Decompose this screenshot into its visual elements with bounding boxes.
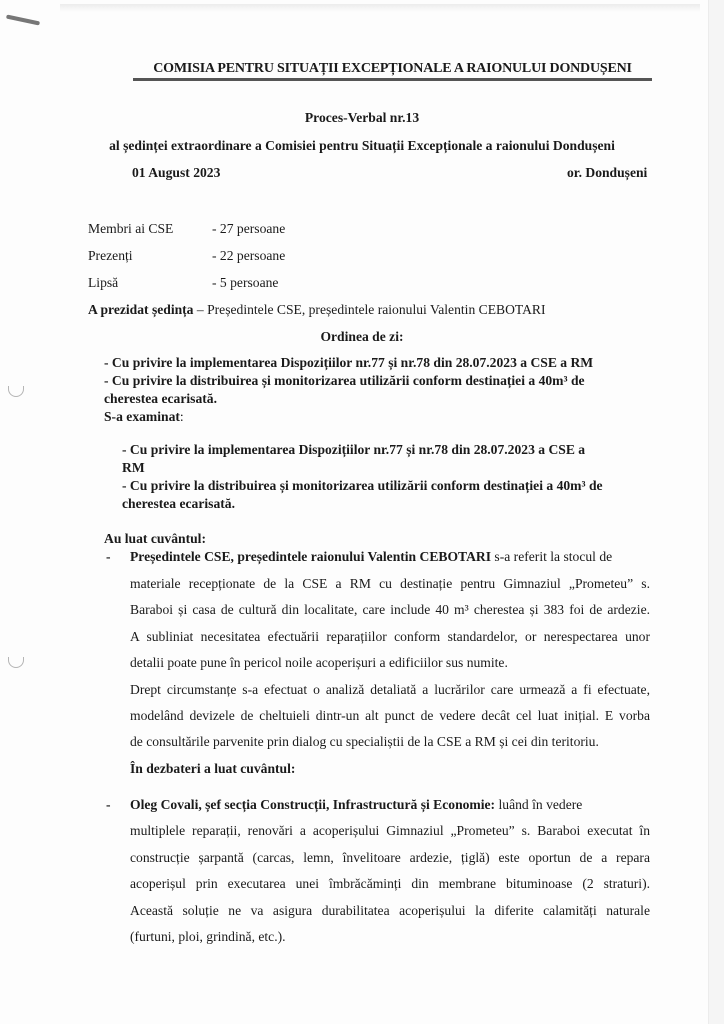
scan-page-edge-top <box>60 4 700 12</box>
list-dash: - <box>106 549 111 565</box>
speaker-text-line: materiale recepționate de la CSE a RM cu… <box>130 576 650 592</box>
speakers-heading: Au luat cuvântul: <box>104 531 206 547</box>
speaker-name: Oleg Covali, șef secția Construcții, Inf… <box>130 797 495 812</box>
document-subtitle: al ședinței extraordinare a Comisiei pen… <box>0 138 724 154</box>
speaker-entry-first: Președintele CSE, președintele raionului… <box>130 549 612 565</box>
attendance-value-members: - 27 persoane <box>212 221 285 237</box>
speaker-text-line: multiplele reparații, renovări a acoperi… <box>130 823 650 839</box>
examined-item: - Cu privire la distribuirea și monitori… <box>122 478 603 494</box>
presided-text: – Președintele CSE, președintele raionul… <box>193 302 545 317</box>
attendance-label-members: Membri ai CSE <box>88 221 173 237</box>
examined-heading: S-a examinat: <box>104 409 184 425</box>
meeting-date: 01 August 2023 <box>132 165 220 181</box>
speaker-text-line: detalii poate pune în pericol noile acop… <box>130 655 650 671</box>
agenda-title: Ordinea de zi: <box>0 329 724 345</box>
speaker-text-line: Baraboi și casa de cultură din localitat… <box>130 602 650 618</box>
speaker-text: s-a referit la stocul de <box>491 549 612 564</box>
agenda-item-continued: cherestea ecarisată. <box>104 391 217 407</box>
agenda-item: - Cu privire la implementarea Dispoziții… <box>104 355 593 371</box>
attendance-label-absent: Lipsă <box>88 275 118 291</box>
document-title: Proces-Verbal nr.13 <box>0 110 724 126</box>
speaker-name: Președintele CSE, președintele raionului… <box>130 549 491 564</box>
examined-colon: : <box>180 409 184 424</box>
meeting-place: or. Dondușeni <box>567 165 647 181</box>
examined-label: S-a examinat <box>104 409 180 424</box>
debate-heading: În dezbateri a luat cuvântul: <box>130 761 295 777</box>
examined-item-continued: cherestea ecarisată. <box>122 496 235 512</box>
speaker-text-line: acoperișul prin executarea unei îmbrăcăm… <box>130 876 650 892</box>
list-dash: - <box>106 797 111 813</box>
attendance-value-present: - 22 persoane <box>212 248 285 264</box>
examined-item: - Cu privire la implementarea Dispoziții… <box>122 442 585 458</box>
speaker-text-line: Această soluție ne va asigura durabilita… <box>130 903 650 919</box>
attendance-value-absent: - 5 persoane <box>212 275 278 291</box>
presided-label: A prezidat ședința <box>88 302 193 317</box>
speaker-text-line: Drept circumstanțe s-a efectuat o analiz… <box>130 682 650 698</box>
punch-hole-icon <box>8 386 24 397</box>
speaker-text-line: construcție șarpantă (carcas, lemn, înve… <box>130 850 650 866</box>
agenda-item: - Cu privire la distribuirea și monitori… <box>104 373 585 389</box>
staple-mark <box>6 15 40 26</box>
punch-hole-icon <box>8 657 24 668</box>
presided-by: A prezidat ședința – Președintele CSE, p… <box>88 302 546 318</box>
speaker-text-line: modelând devizele de cheltuieli dintr-un… <box>130 708 650 724</box>
heading-underline <box>133 78 652 81</box>
speaker-text-line: de consultările parvenite prin dialog cu… <box>130 734 650 750</box>
speaker-text-line: A subliniat necesitatea efectuării repar… <box>130 629 650 645</box>
attendance-label-present: Prezenți <box>88 248 133 264</box>
examined-item-continued: RM <box>122 460 145 476</box>
speaker-text-line: (furtuni, ploi, grindină, etc.). <box>130 929 650 945</box>
speaker-text: luând în vedere <box>495 797 582 812</box>
organization-heading: COMISIA PENTRU SITUAȚII EXCEPȚIONALE A R… <box>133 61 652 77</box>
speaker-entry-second: Oleg Covali, șef secția Construcții, Inf… <box>130 797 582 813</box>
